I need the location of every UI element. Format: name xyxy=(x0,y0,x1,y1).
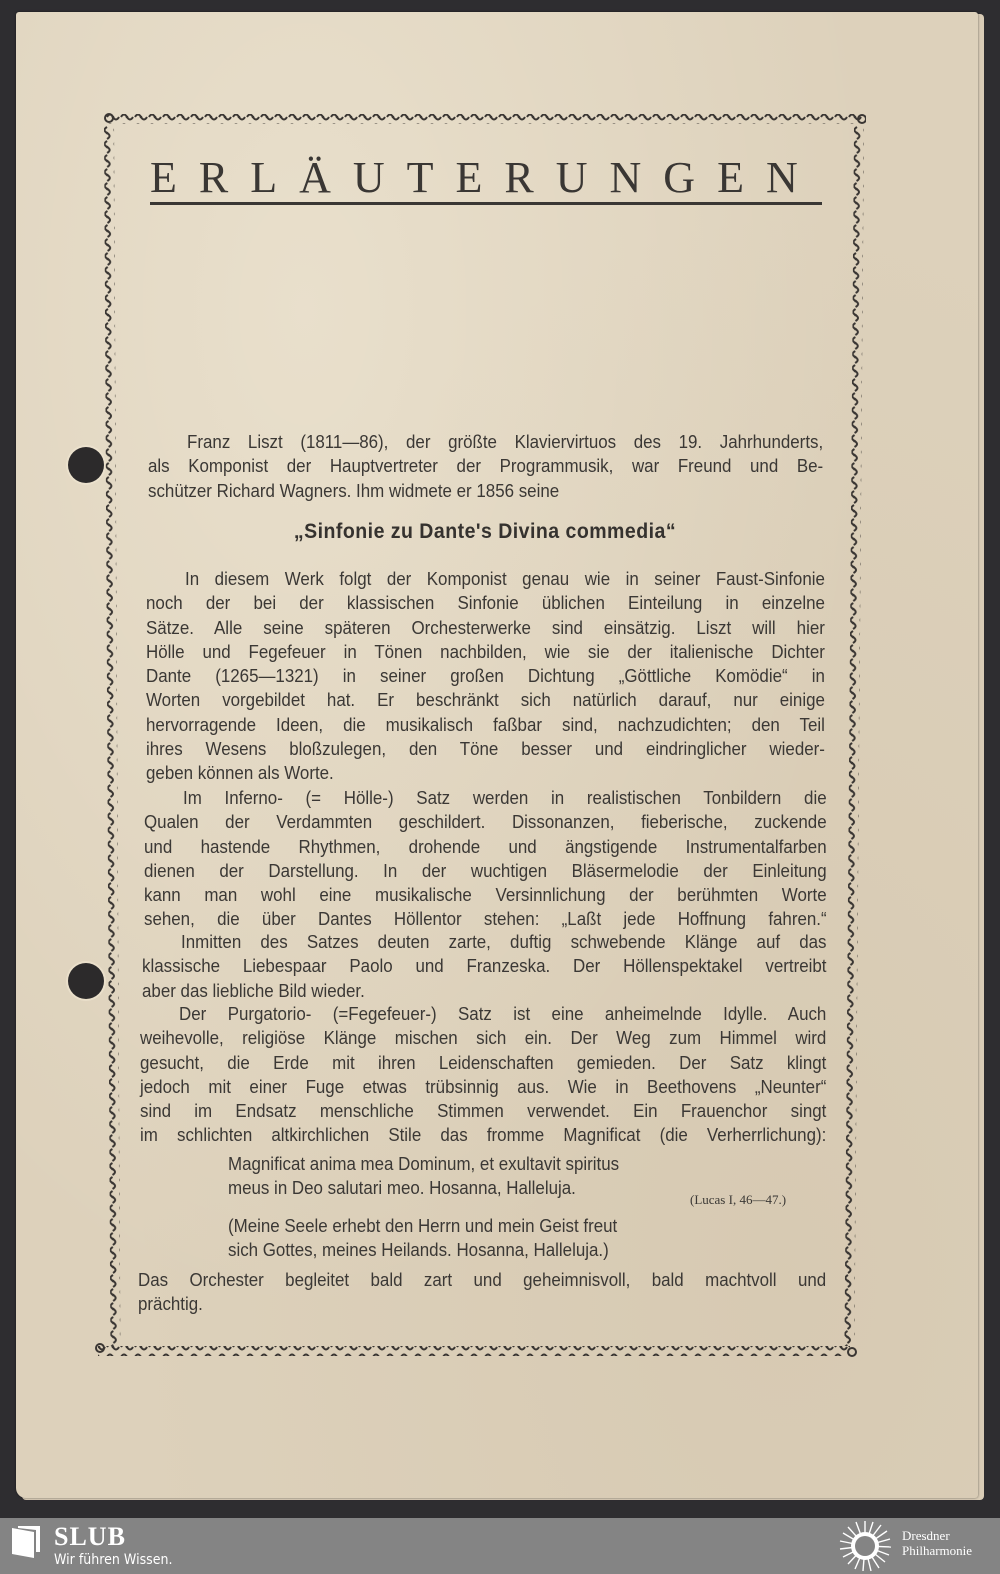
paragraph-line: im schlichten altkirchlichen Stile das f… xyxy=(140,1123,826,1147)
page-title: ERLÄUTERUNGEN xyxy=(150,150,826,206)
dresdner-philharmonie-name: Dresdner Philharmonie xyxy=(902,1528,972,1558)
paragraph-line: gesucht, die Erde mit ihren Leidenschaft… xyxy=(140,1051,826,1075)
paragraph-work-description: In diesem Werk folgt der Komponist genau… xyxy=(146,567,825,786)
paragraph-line: sind im Endsatz menschliche Stimmen verw… xyxy=(140,1099,826,1123)
closing-paragraph: Das Orchester begleitet bald zart und ge… xyxy=(138,1268,826,1317)
dp-name-line2: Philharmonie xyxy=(902,1543,972,1558)
paragraph-line: jedoch mit einer Fuge etwas trübsinnig a… xyxy=(140,1075,826,1099)
dp-name-line1: Dresdner xyxy=(902,1528,972,1543)
title-underline xyxy=(150,202,822,205)
paragraph-line: klassische Liebespaar Paolo und Franzesk… xyxy=(142,954,826,978)
paragraph-line: In diesem Werk folgt der Komponist genau… xyxy=(146,567,825,591)
paragraph-line: Dante (1265—1321) in seiner großen Dicht… xyxy=(146,664,825,688)
sunburst-ring-icon xyxy=(838,1520,892,1572)
work-heading: „Sinfonie zu Dante's Divina commedia“ xyxy=(164,520,806,544)
quote-line: Magnificat anima mea Dominum, et exultav… xyxy=(228,1152,619,1176)
footer-bar: SLUB Wir führen Wissen. Dresdner Philhar… xyxy=(0,1518,1000,1574)
paragraph-line: und hastende Rhythmen, drohende und ängs… xyxy=(144,835,827,859)
paragraph-line: sehen, die über Dantes Höllentor stehen:… xyxy=(144,907,827,931)
paragraph-line: Qualen der Verdammten geschildert. Disso… xyxy=(144,810,827,834)
paragraph-line: kann man wohl eine musikalische Versinnl… xyxy=(144,883,827,907)
paragraph-line: prächtig. xyxy=(138,1292,826,1316)
dresdner-philharmonie-logo-link[interactable] xyxy=(838,1520,892,1574)
slub-name: SLUB xyxy=(54,1522,126,1552)
paragraph-line: Im Inferno- (= Hölle-) Satz werden in re… xyxy=(144,786,827,810)
paragraph-line: aber das liebliche Bild wieder. xyxy=(142,979,826,1003)
intro-paragraph: Franz Liszt (1811—86), der größte Klavie… xyxy=(148,430,823,503)
quote-line: (Meine Seele erhebt den Herrn und mein G… xyxy=(228,1214,617,1238)
paragraph-line: geben können als Worte. xyxy=(146,761,825,785)
slub-logo-link[interactable] xyxy=(8,1524,44,1565)
intro-line: Franz Liszt (1811—86), der größte Klavie… xyxy=(148,430,823,454)
paragraph-line: dienen der Darstellung. In der wuchtigen… xyxy=(144,859,827,883)
paragraph-line: Sätze. Alle seine späteren Orchesterwerk… xyxy=(146,616,825,640)
paragraph-line: Inmitten des Satzes deuten zarte, duftig… xyxy=(142,930,826,954)
quote-line: meus in Deo salutari meo. Hosanna, Halle… xyxy=(228,1176,619,1200)
paragraph-line: Der Purgatorio- (=Fegefeuer-) Satz ist e… xyxy=(140,1002,826,1026)
german-quote: (Meine Seele erhebt den Herrn und mein G… xyxy=(228,1214,617,1263)
paragraph-line: Worten vorgebildet hat. Er beschränkt si… xyxy=(146,688,825,712)
intro-line: als Komponist der Hauptvertreter der Pro… xyxy=(148,454,823,478)
slub-tagline: Wir führen Wissen. xyxy=(54,1552,172,1568)
paragraph-line: hervorragende Ideen, die musikalisch faß… xyxy=(146,713,825,737)
paragraph-line: Das Orchester begleitet bald zart und ge… xyxy=(138,1268,826,1292)
paragraph-line: Hölle und Fegefeuer in Tönen nachbilden,… xyxy=(146,640,825,664)
intro-line: schützer Richard Wagners. Ihm widmete er… xyxy=(148,479,823,503)
book-icon xyxy=(8,1524,44,1560)
paragraph-line: noch der bei der klassischen Sinfonie üb… xyxy=(146,591,825,615)
paragraph-line: ihres Wesens bloßzulegen, den Töne besse… xyxy=(146,737,825,761)
quote-line: sich Gottes, meines Heilands. Hosanna, H… xyxy=(228,1238,617,1262)
paragraph-purgatorio: Der Purgatorio- (=Fegefeuer-) Satz ist e… xyxy=(140,1002,826,1148)
paragraph-line: weihevolle, religiöse Klänge mischen sic… xyxy=(140,1026,826,1050)
latin-quote: Magnificat anima mea Dominum, et exultav… xyxy=(228,1152,619,1201)
paragraph-paolo-franzeska: Inmitten des Satzes deuten zarte, duftig… xyxy=(142,930,826,1003)
quote-reference: (Lucas I, 46—47.) xyxy=(690,1192,786,1208)
paragraph-inferno: Im Inferno- (= Hölle-) Satz werden in re… xyxy=(144,786,827,932)
